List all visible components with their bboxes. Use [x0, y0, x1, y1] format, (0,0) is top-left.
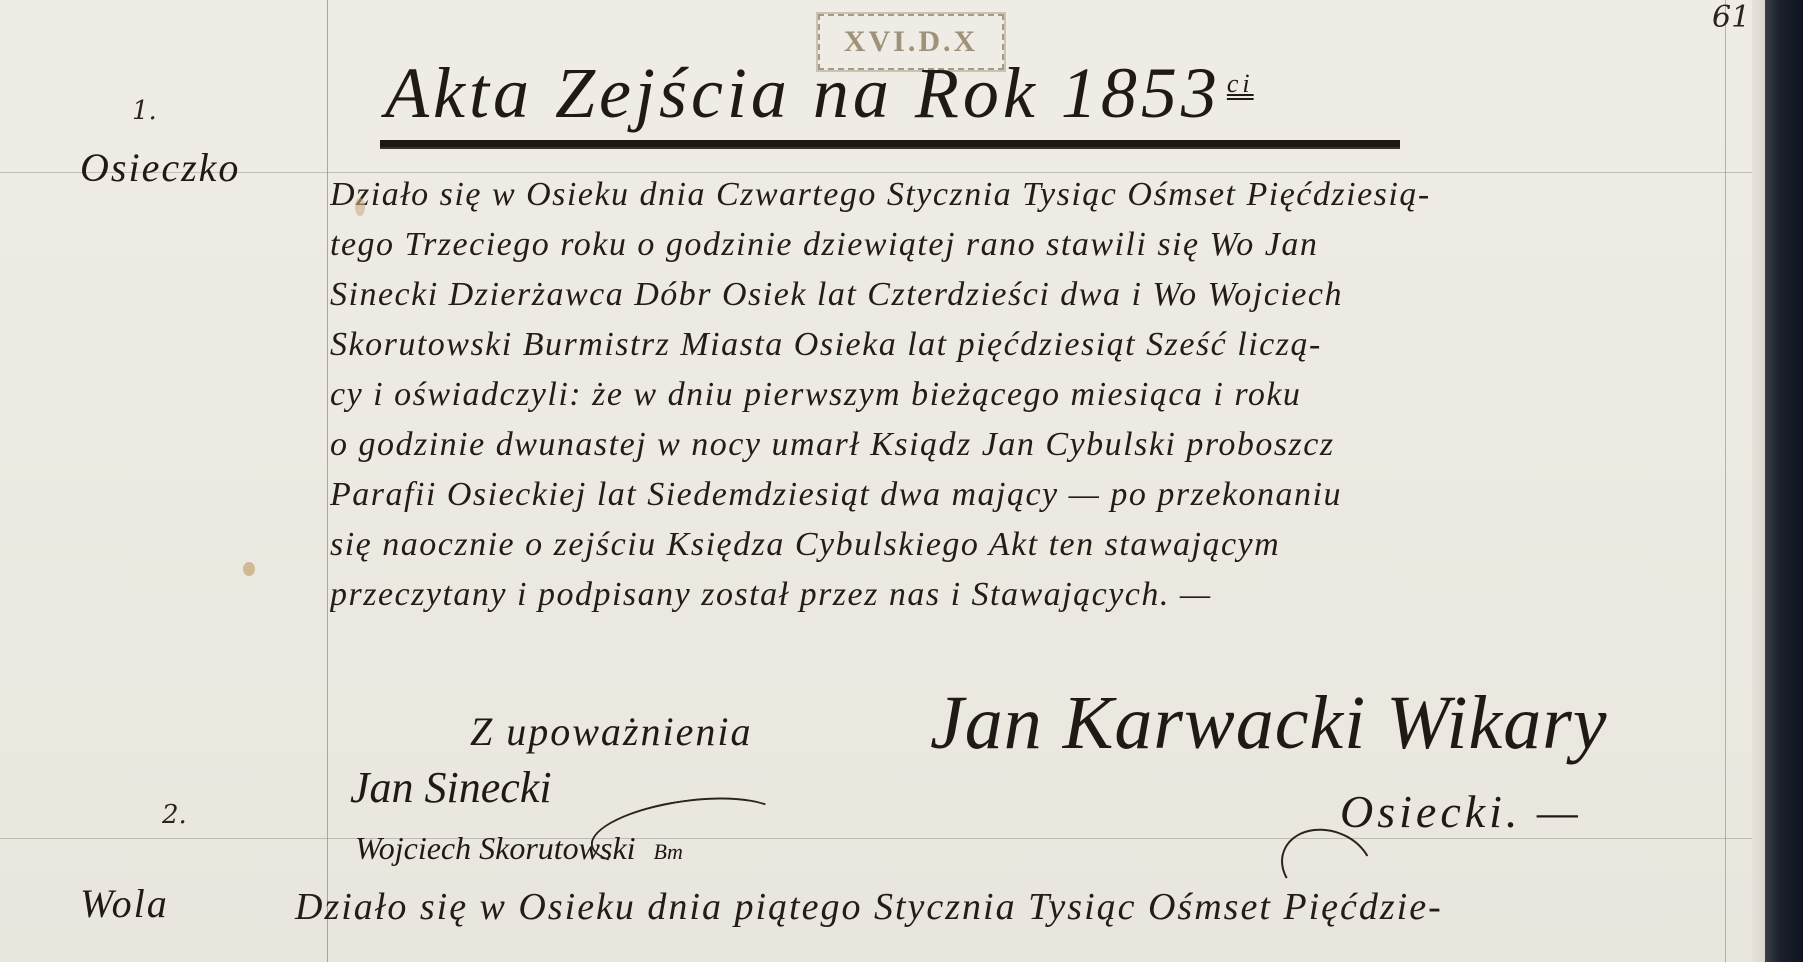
- page-title: Akta Zejścia na Rok 1853ci: [385, 52, 1254, 135]
- entry-line: się naocznie o zejściu Księdza Cybulskie…: [330, 520, 1720, 570]
- officiant-place: Osiecki. —: [1340, 785, 1582, 838]
- entry-line: Parafii Osieckiej lat Siedemdziesiąt dwa…: [330, 470, 1720, 520]
- officiant-signature: Jan Karwacki Wikary: [930, 680, 1608, 767]
- entry-number: 1.: [132, 96, 157, 126]
- book-binding: [1765, 0, 1803, 962]
- entry-line: przeczytany i podpisany został przez nas…: [330, 570, 1720, 620]
- entry-line: Działo się w Osieku dnia piątego Styczni…: [295, 885, 1443, 929]
- entry-line: tego Trzeciego roku o godzinie dziewiąte…: [330, 220, 1720, 270]
- page-title-suffix: ci: [1227, 69, 1254, 98]
- page-edge: [1752, 0, 1766, 962]
- entry-line: Sinecki Dzierżawca Dóbr Osiek lat Czterd…: [330, 270, 1720, 320]
- entry-line: Skorutowski Burmistrz Miasta Osieka lat …: [330, 320, 1720, 370]
- page-title-text: Akta Zejścia na Rok 1853: [385, 53, 1221, 133]
- authorization-note: Z upoważnienia: [470, 708, 752, 755]
- entry-place: Wola: [80, 880, 169, 927]
- entry-line: o godzinie dwunastej w nocy umarł Ksiądz…: [330, 420, 1720, 470]
- entry-number: 2.: [162, 800, 187, 830]
- paper-stain: [243, 562, 255, 576]
- ruled-line: [0, 838, 1752, 839]
- register-page: XVI.D.X 61. Akta Zejścia na Rok 1853ci 1…: [0, 0, 1765, 962]
- entry-line: cy i oświadczyli: że w dniu pierwszym bi…: [330, 370, 1720, 420]
- witness-signature-1: Jan Sinecki: [350, 762, 552, 813]
- entry-line: Działo się w Osieku dnia Czwartego Stycz…: [330, 170, 1720, 220]
- left-margin-rule: [327, 0, 328, 962]
- title-underline: [380, 140, 1400, 149]
- paper-stain: [355, 198, 365, 216]
- entry-body: Działo się w Osieku dnia Czwartego Stycz…: [330, 170, 1720, 620]
- right-margin-rule: [1725, 0, 1726, 962]
- entry-place: Osieczko: [80, 144, 240, 191]
